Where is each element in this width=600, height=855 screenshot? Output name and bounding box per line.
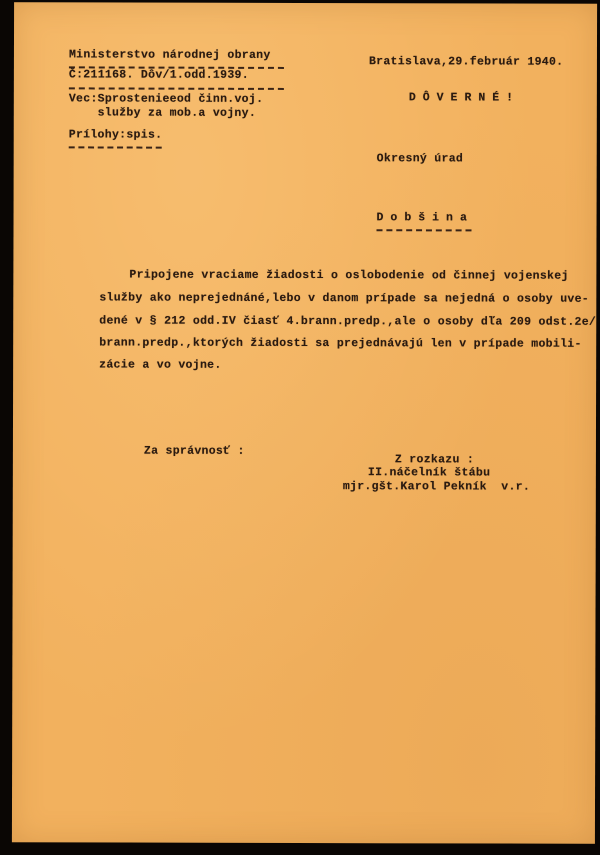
recipient-town-underline [377,229,472,231]
reference-number: Č:211168. Dôv/1.odd.1939. [69,68,249,81]
body-line: brann.predp.,ktorých žiadosti sa prejedn… [99,336,582,350]
document-page: Ministerstvo národnej obrany Č:211168. D… [12,2,597,844]
signatory-title: II.náčelník štábu [368,466,490,479]
subject-line-1: Vec:Sprostenieeod činn.voj. [69,92,263,106]
signatory-name: mjr.gšt.Karol Pekník v.r. [343,480,530,493]
certification-label: Za správnosť : [144,445,245,458]
classification-mark: DÔVERNÉ! [409,91,520,104]
body-line: Pripojene vraciame žiadosti o oslobodeni… [129,269,568,283]
attachments-underline [69,146,162,148]
body-line: zácie a vo vojne. [99,358,221,371]
place-date: Bratislava,29.február 1940. [369,55,563,69]
body-line: služby ako neprejednáné,lebo v danom prí… [99,291,589,305]
recipient-office: Okresný úrad [377,152,463,165]
body-line: dené v § 212 odd.IV čiasť 4.brann.predp.… [99,314,596,328]
divider-line [69,87,284,90]
order-line: Z rozkazu : [395,453,474,466]
recipient-town: Dobšina [377,211,474,224]
attachments: Prílohy:spis. [69,128,163,141]
ministry-name: Ministerstvo národnej obrany [69,48,271,62]
subject-line-2: služby za mob.a vojny. [69,106,256,119]
